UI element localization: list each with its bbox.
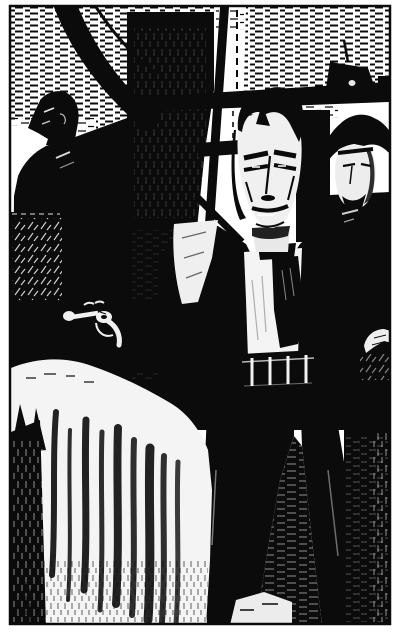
deck-shadow-right — [344, 430, 390, 625]
engraving-illustration: woodcut-style ink engraving, black ink o… — [0, 0, 400, 634]
captain-belt — [238, 350, 318, 394]
illustration-page: woodcut-style ink engraving, black ink o… — [0, 0, 400, 634]
